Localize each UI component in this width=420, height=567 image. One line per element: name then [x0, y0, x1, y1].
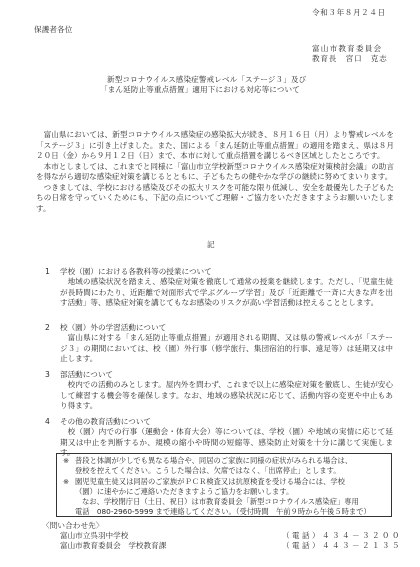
note-text: （園）に速やかにご連絡いただきますようご協力をお願いします。	[63, 487, 386, 497]
intro-paragraph: 富山県においては、新型コロナウイルス感染症の感染拡大が続き、８月１６日（月）より…	[36, 130, 394, 162]
issuer-person: 教育長 宮口 克志	[312, 54, 388, 64]
item-body-text: 富山県に対する「まん延防止等重点措置」が適用される期間、又は県の警戒レベルが「ス…	[60, 333, 393, 365]
document-title-line2: 「まん延防止等重点措置」適用下における対応等について	[100, 85, 300, 95]
addressee: 保護者各位	[34, 25, 72, 35]
item-heading: 部活動について	[60, 370, 113, 381]
note-phone-text: 電話 080-2960-5999 まで連絡してください。（受付時間 午前９時から…	[63, 507, 386, 517]
item-number: 3	[45, 370, 50, 381]
item-number: 4	[45, 417, 50, 428]
notice-box: ※ 普段と体調が少しでも異なる場合や、同居のご家族に同様の症状がみられる場合は、…	[56, 453, 392, 517]
contact-phone: （電話）４３４－３２００	[282, 531, 402, 541]
item-heading: その他の教育活動について	[60, 417, 151, 428]
ki-label: 記	[207, 240, 215, 250]
contact-name: 富山市立呉羽中学校	[60, 531, 128, 541]
note-text: 登校を控えてください。こうした場合は、欠席ではなく、「出席停止」とします。	[63, 466, 386, 476]
document-page: 令和３年８月２４日 保護者各位 富山市教育委員会 教育長 宮口 克志 新型コロナ…	[0, 0, 420, 567]
item-body: 校内での活動のみとします。屋内外を問わず、これまで以上に感染症対策を徹底し、生徒…	[60, 380, 393, 412]
note-text: 園児児童生徒又は同居のご家族がＰＣＲ検査又は抗原検査を受ける場合には、学校	[75, 477, 386, 487]
item-number: 2	[45, 323, 50, 334]
issuer-organization: 富山市教育委員会	[312, 44, 382, 54]
item-heading: 学校（園）における各教科等の授業について	[60, 267, 212, 278]
intro-paragraph: 本市としましては、これまでと同様に「富山市立学校新型コロナウイルス感染症対策検討…	[36, 162, 394, 183]
item-body: 地域の感染状況を踏まえ、感染症対策を徹底して通常の授業を継続します。ただし、「児…	[60, 277, 393, 309]
note-mark: ※	[63, 477, 75, 487]
item-body: 富山県に対する「まん延防止等重点措置」が適用される期間、又は県の警戒レベルが「ス…	[60, 333, 393, 365]
notice-note-1: ※ 普段と体調が少しでも異なる場合や、同居のご家族に同様の症状がみられる場合は、	[63, 456, 386, 466]
notice-note-2: ※ 園児児童生徒又は同居のご家族がＰＣＲ検査又は抗原検査を受ける場合には、学校	[63, 477, 386, 487]
note-text: なお、学校閉庁日（土日、祝日）は市教育委員会「新型コロナウイルス感染症」専用	[63, 497, 386, 507]
item-body-text: 校内での活動のみとします。屋内外を問わず、これまで以上に感染症対策を徹底し、生徒…	[60, 380, 393, 412]
item-body-text: 地域の感染状況を踏まえ、感染症対策を徹底して通常の授業を継続します。ただし、「児…	[60, 277, 393, 309]
intro-paragraph: つきましては、学校における感染及びその拡大リスクを可能な限り低減し、安全を最優先…	[36, 183, 394, 215]
note-text: 普段と体調が少しでも異なる場合や、同居のご家族に同様の症状がみられる場合は、	[75, 456, 386, 466]
document-date: 令和３年８月２４日	[312, 8, 386, 18]
intro-section: 富山県においては、新型コロナウイルス感染症の感染拡大が続き、８月１６日（月）より…	[36, 130, 394, 214]
note-mark: ※	[63, 456, 75, 466]
contact-name: 富山市教育委員会 学校教育課	[60, 541, 166, 551]
item-number: 1	[45, 267, 50, 278]
contact-phone: （電話）４４３－２１３５	[282, 541, 402, 551]
document-title-line1: 新型コロナウイルス感染症警戒レベル「ステージ３」及び	[107, 75, 306, 85]
item-heading: 校（園）外の学習活動について	[60, 323, 166, 334]
contact-title: 〈問い合わせ先〉	[42, 521, 104, 531]
